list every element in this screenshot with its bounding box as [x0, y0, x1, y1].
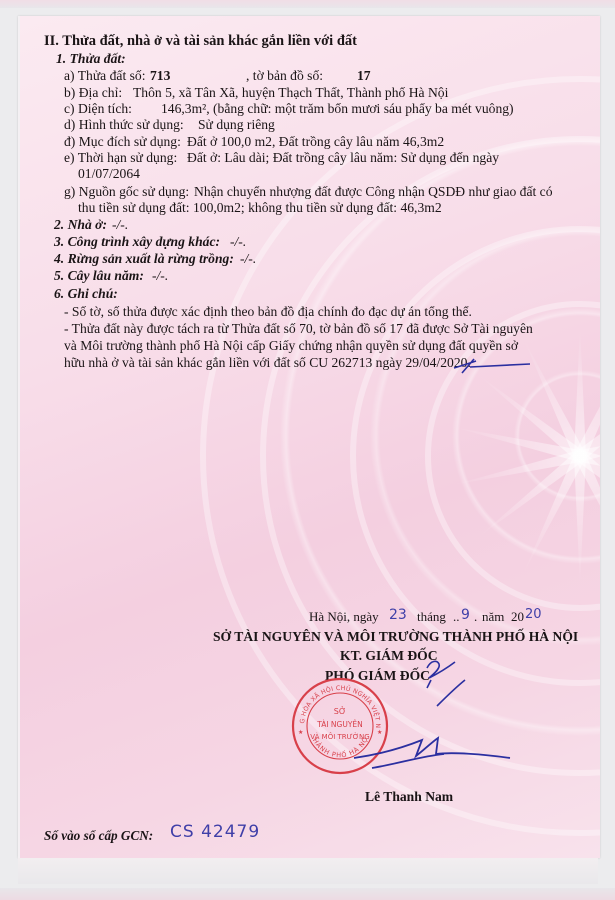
purpose-label: đ) Mục đích sử dụng:	[64, 134, 181, 150]
initial-signature-icon	[425, 658, 470, 713]
notes-label: 6. Ghi chú:	[54, 286, 118, 302]
land-heading: 1. Thửa đất:	[56, 51, 126, 67]
house-value: -/-.	[112, 217, 128, 233]
year-handwritten: 20	[525, 607, 542, 623]
forest-label: 4. Rừng sản xuất là rừng trồng:	[54, 251, 234, 267]
perennial-label: 5. Cây lâu năm:	[54, 268, 144, 284]
note-line-2: - Thửa đất này được tách ra từ Thửa đất …	[64, 321, 533, 337]
perennial-value: -/-.	[152, 268, 168, 284]
agency-name: SỞ TÀI NGUYÊN VÀ MÔI TRƯỜNG THÀNH PHỐ HÀ…	[213, 629, 578, 645]
forest-value: -/-.	[240, 251, 256, 267]
note-line-1: - Số tờ, số thửa được xác định theo bản …	[64, 304, 472, 320]
signer-name: Lê Thanh Nam	[365, 789, 453, 805]
svg-text:★: ★	[377, 729, 382, 736]
registry-label: Số vào sổ cấp GCN:	[44, 828, 153, 844]
term-label: e) Thời hạn sử dụng:	[64, 150, 177, 166]
usage-form-label: d) Hình thức sử dụng:	[64, 117, 184, 133]
house-label: 2. Nhà ở:	[54, 217, 107, 233]
signature-mark	[352, 736, 512, 776]
parcel-number: 713	[150, 68, 170, 84]
svg-text:SỞ: SỞ	[334, 705, 346, 716]
term-value-line2: 01/07/2064	[78, 166, 140, 182]
registry-number: CS 42479	[170, 824, 260, 840]
other-works-value: -/-.	[230, 234, 246, 250]
note-line-3: và Môi trường thành phố Hà Nội cấp Giấy …	[64, 338, 518, 354]
initial-mark-icon	[452, 357, 532, 375]
page-bottom-margin	[18, 858, 598, 884]
date-prefix: Hà Nội, ngày	[309, 609, 379, 625]
previous-page-edge	[0, 0, 615, 8]
svg-text:TÀI NGUYÊN: TÀI NGUYÊN	[316, 720, 363, 729]
map-number: 17	[357, 68, 371, 84]
address-value: Thôn 5, xã Tân Xã, huyện Thạch Thất, Thà…	[133, 85, 448, 101]
other-works-label: 3. Công trình xây dựng khác:	[54, 234, 220, 250]
origin-value-line1: Nhận chuyển nhượng đất được Công nhận QS…	[194, 184, 553, 200]
svg-text:★: ★	[298, 729, 303, 736]
origin-value-line2: thu tiền sử dụng đất: 100,0m2; không thu…	[78, 200, 442, 216]
address-label: b) Địa chỉ:	[64, 85, 122, 101]
note-line-4: hữu nhà ở và tài sản khác gắn liền với đ…	[64, 355, 471, 371]
map-label: , tờ bản đồ số:	[246, 68, 323, 84]
certificate-page: II. Thửa đất, nhà ở và tài sản khác gắn …	[18, 16, 600, 858]
area-value: 146,3m², (bằng chữ: một trăm bốn mươi sá…	[161, 101, 514, 117]
year-printed: 20	[511, 609, 524, 625]
origin-label: g) Nguồn gốc sử dụng:	[64, 184, 189, 200]
year-label: năm	[482, 609, 504, 625]
usage-form-value: Sử dụng riêng	[198, 117, 275, 133]
date-month: 9	[461, 607, 470, 623]
date-day: 23	[389, 607, 407, 623]
area-label: c) Diện tích:	[64, 101, 132, 117]
parcel-label: a) Thửa đất số:	[64, 68, 145, 84]
next-page-edge	[0, 888, 615, 900]
month-label: tháng	[417, 609, 446, 625]
term-value-line1: Đất ở: Lâu dài; Đất trồng cây lâu năm: S…	[187, 150, 499, 166]
kt-director: KT. GIÁM ĐỐC	[340, 648, 438, 664]
section-title: II. Thửa đất, nhà ở và tài sản khác gắn …	[44, 33, 357, 49]
purpose-value: Đất ở 100,0 m2, Đất trồng cây lâu năm 46…	[187, 134, 444, 150]
